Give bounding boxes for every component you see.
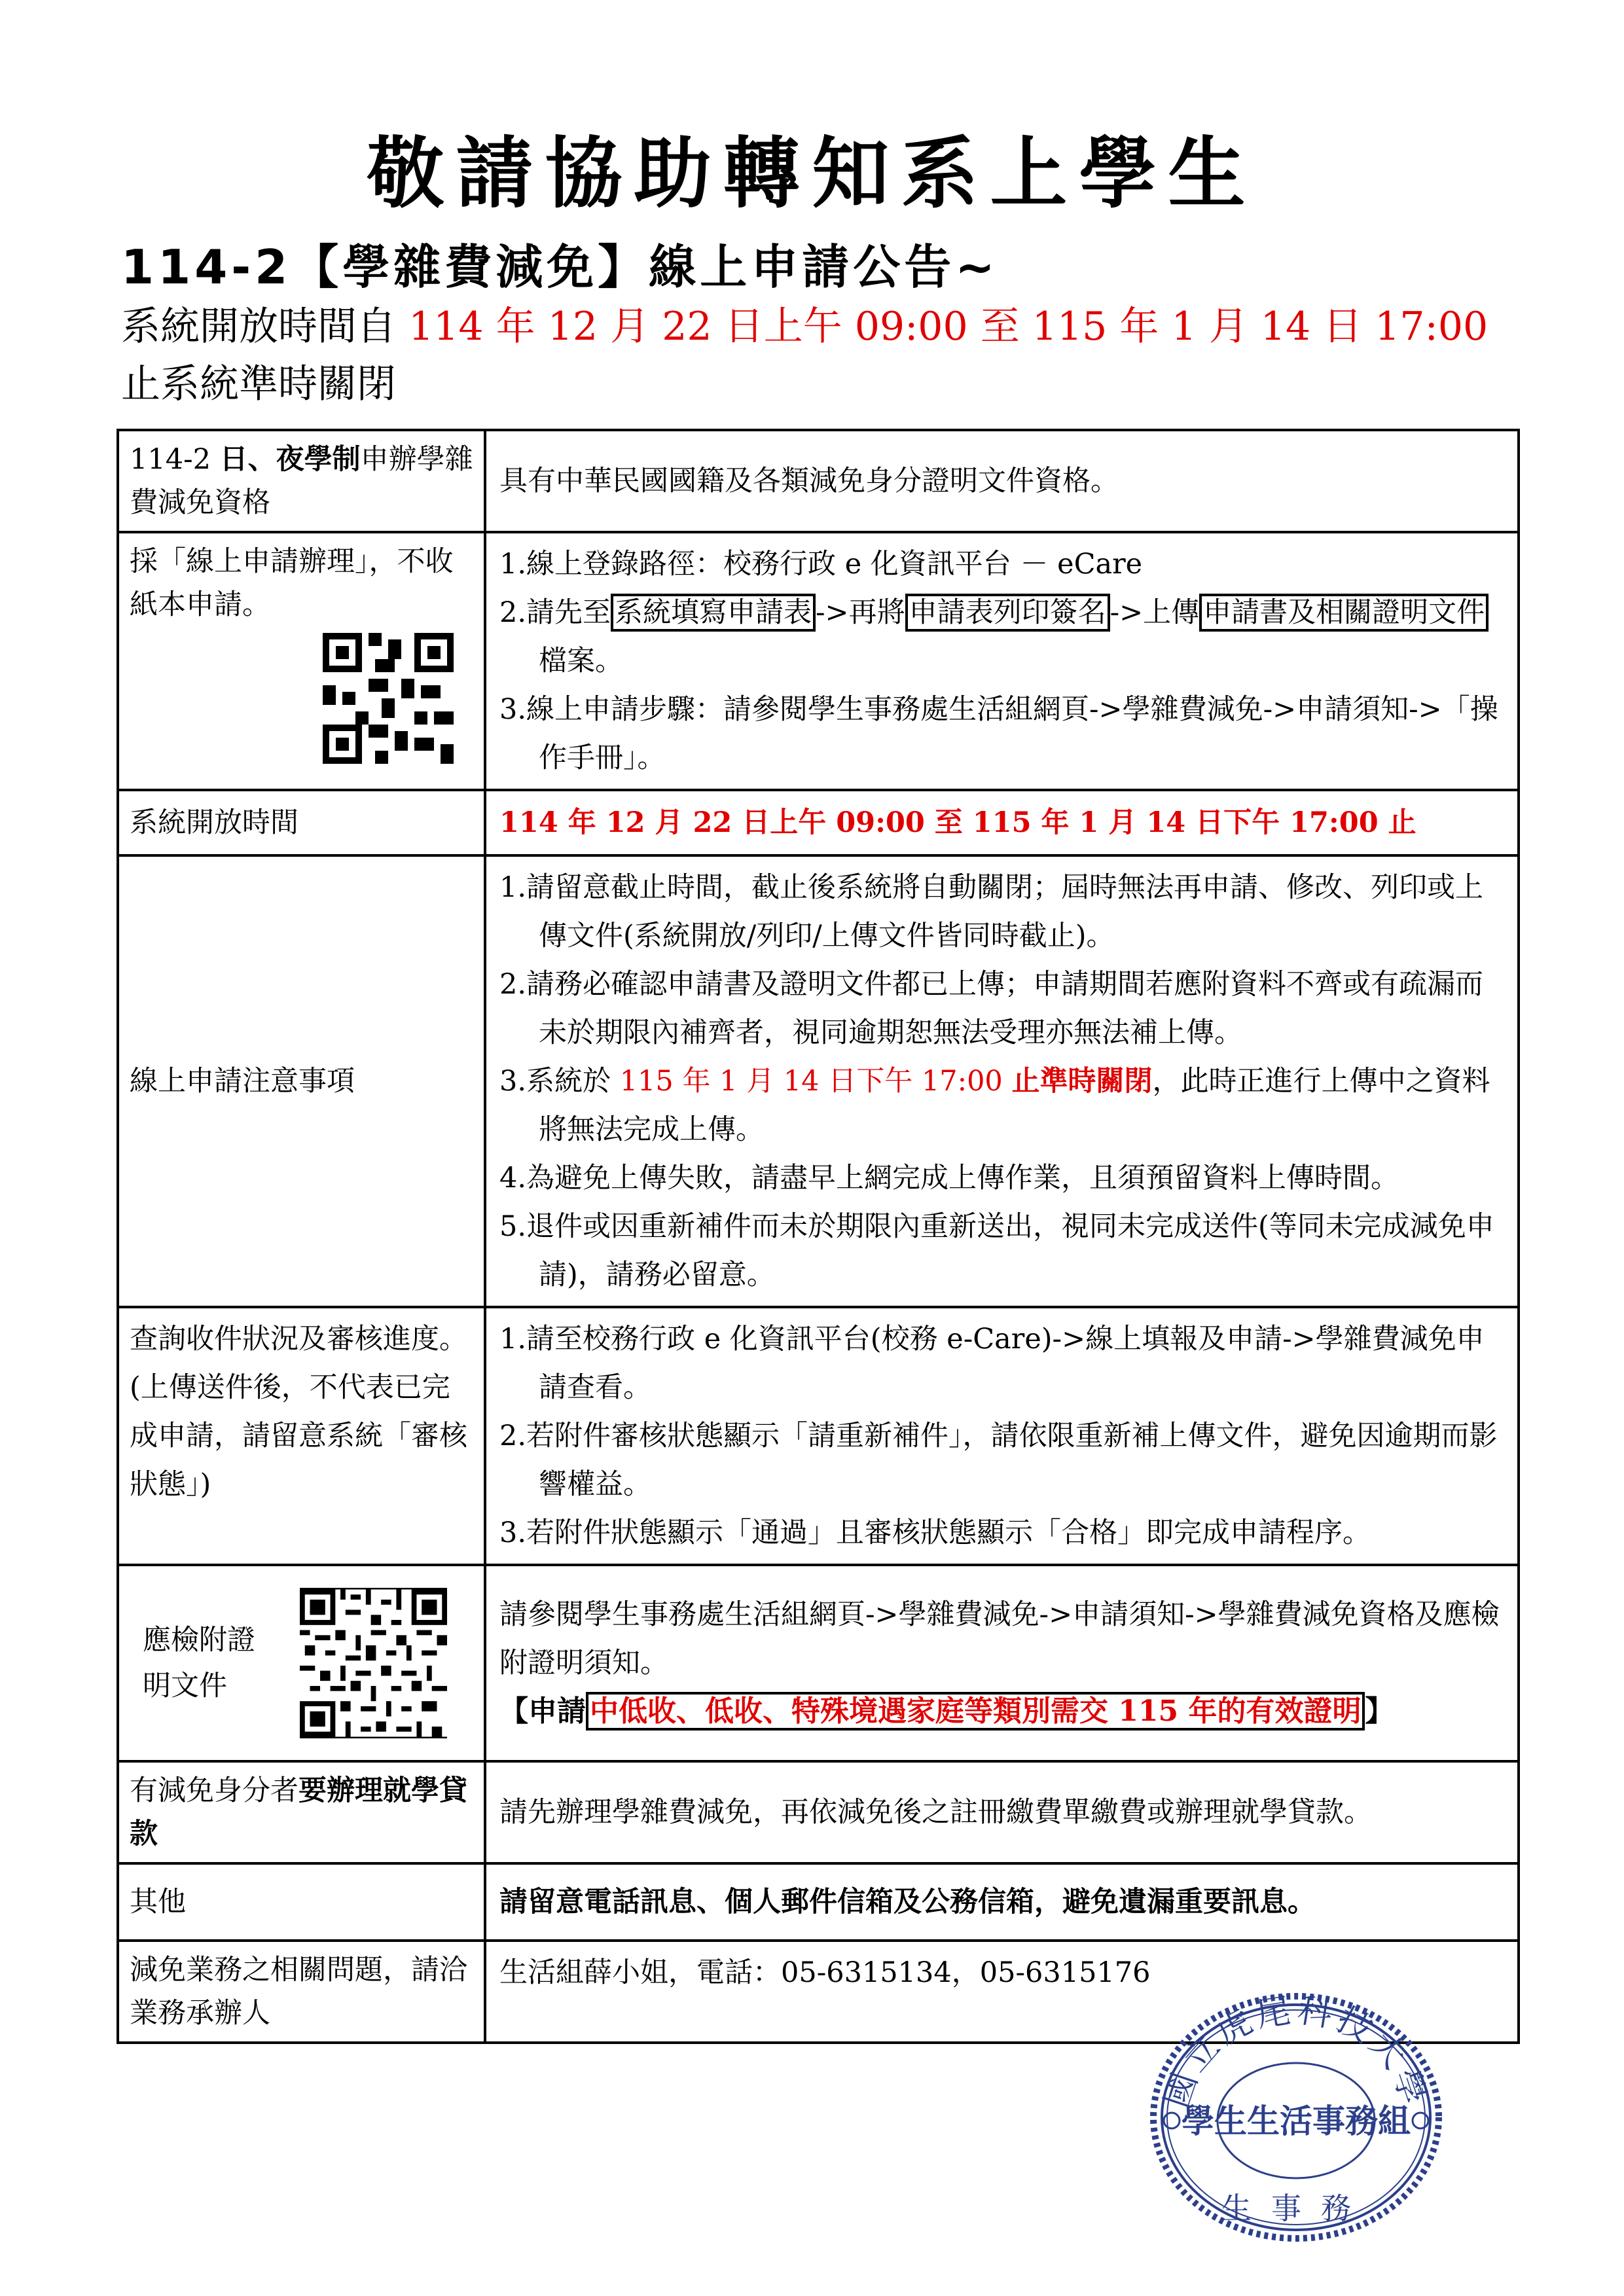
- documents-note: 【申請中低收、低收、特殊境遇家庭等類別需交 115 年的有效證明】: [499, 1687, 1507, 1736]
- list-item: 2.請先至系統填寫申請表->再將申請表列印簽名->上傳申請書及相關證明文件檔案。: [499, 588, 1507, 685]
- table-row-open-time: 系統開放時間 114 年 12 月 22 日上午 09:00 至 115 年 1…: [118, 790, 1519, 855]
- row-value: 1.請至校務行政 e 化資訊平台(校務 e-Care)->線上填報及申請->學雜…: [485, 1307, 1519, 1565]
- label-bold-text: 日、夜學制: [220, 443, 361, 476]
- deadline-bold-text: 止準時關閉: [1011, 1065, 1152, 1098]
- row-label: 減免業務之相關問題，請洽業務承辦人: [118, 1941, 485, 2043]
- table-row-documents: 應檢附證明文件: [118, 1565, 1519, 1761]
- row-label: 應檢附證明文件: [118, 1565, 485, 1761]
- table-row-student-loan: 有減免身分者要辦理就學貸款 請先辦理學雜費減免，再依減免後之註冊繳費單繳費或辦理…: [118, 1761, 1519, 1863]
- label-text: 114-2: [130, 443, 220, 476]
- text: 3.系統於: [499, 1065, 620, 1098]
- row-label: 查詢收件狀況及審核進度。 (上傳送件後，不代表已完成申請，請留意系統「審核狀態」…: [118, 1307, 485, 1565]
- row-value: 請留意電話訊息、個人郵件信箱及公務信箱，避免遺漏重要訊息。: [485, 1863, 1519, 1941]
- qr-code-icon[interactable]: [300, 1588, 447, 1738]
- documents-instruction: 請參閱學生事務處生活組網頁->學雜費減免->申請須知->學雜費減免資格及應檢附證…: [499, 1590, 1507, 1687]
- info-table: 114-2 日、夜學制申辦學雜費減免資格 具有中華民國國籍及各類減免身分證明文件…: [117, 429, 1520, 2044]
- row-label: 其他: [118, 1863, 485, 1941]
- list-item: 3.系統於 115 年 1 月 14 日下午 17:00 止準時關閉，此時正進行…: [499, 1057, 1507, 1154]
- boxed-term: 系統填寫申請表: [611, 594, 816, 632]
- bracket-close: 】: [1365, 1695, 1394, 1728]
- text: 檔案。: [539, 645, 623, 677]
- list-item: 2.若附件審核狀態顯示「請重新補件」，請依限重新補上傳文件，避免因逾期而影響權益…: [499, 1412, 1507, 1509]
- table-row-other: 其他 請留意電話訊息、個人郵件信箱及公務信箱，避免遺漏重要訊息。: [118, 1863, 1519, 1941]
- list-item: 5.退件或因重新補件而未於期限內重新送出，視同未完成送件(等同未完成減免申請)，…: [499, 1202, 1507, 1299]
- row-label: 採「線上申請辦理」，不收紙本申請。: [118, 532, 485, 790]
- open-period-line: 系統開放時間自 114 年 12 月 22 日上午 09:00 至 115 年 …: [121, 298, 1528, 413]
- qr-code-icon[interactable]: [323, 633, 454, 764]
- label-text: 有減免身分者: [130, 1774, 298, 1807]
- official-seal-stamp: 國立虎尾科技大學 學生生活事務組 生事務: [1142, 1983, 1450, 2245]
- list-item: 2.請務必確認申請書及證明文件都已上傳；申請期間若應附資料不齊或有疏漏而未於期限…: [499, 960, 1507, 1057]
- row-label: 114-2 日、夜學制申辦學雜費減免資格: [118, 430, 485, 532]
- open-period-prefix: 系統開放時間自: [121, 304, 408, 350]
- svg-text:生事務: 生事務: [1221, 2191, 1371, 2226]
- open-period-suffix: 止系統準時關閉: [121, 361, 396, 407]
- row-value: 請參閱學生事務處生活組網頁->學雜費減免->申請須知->學雜費減免資格及應檢附證…: [485, 1565, 1519, 1761]
- page-title: 敬請協助轉知系上學生: [0, 111, 1624, 223]
- announcement-subtitle: 114-2【學雜費減免】線上申請公告~: [121, 229, 999, 297]
- open-period-range: 114 年 12 月 22 日上午 09:00 至 115 年 1 月 14 日…: [408, 304, 1488, 350]
- text: ->再將: [816, 596, 905, 629]
- row-value: 請先辦理學雜費減免，再依減免後之註冊繳費單繳費或辦理就學貸款。: [485, 1761, 1519, 1863]
- list-item: 4.為避免上傳失敗，請盡早上網完成上傳作業，且須預留資料上傳時間。: [499, 1154, 1507, 1202]
- list-item: 1.請留意截止時間，截止後系統將自動關閉；屆時無法再申請、修改、列印或上傳文件(…: [499, 863, 1507, 960]
- table-row-online-application: 採「線上申請辦理」，不收紙本申請。 1.線上登錄路徑：校務行政 e 化資訊平台 …: [118, 532, 1519, 790]
- table-row-eligibility: 114-2 日、夜學制申辦學雜費減免資格 具有中華民國國籍及各類減免身分證明文件…: [118, 430, 1519, 532]
- deadline-text: 115 年 1 月 14 日下午 17:00: [620, 1065, 1012, 1098]
- svg-text:國立虎尾科技大學: 國立虎尾科技大學: [1157, 1990, 1434, 2113]
- label-text: 查詢收件狀況及審核進度。: [130, 1315, 473, 1363]
- list-item: 3.線上申請步驟：請參閱學生事務處生活組網頁->學雜費減免->申請須知->「操作…: [499, 685, 1507, 782]
- label-note: (上傳送件後，不代表已完成申請，請留意系統「審核狀態」): [130, 1363, 473, 1509]
- table-row-notes: 線上申請注意事項 1.請留意截止時間，截止後系統將自動關閉；屆時無法再申請、修改…: [118, 855, 1519, 1307]
- list-item: 3.若附件狀態顯示「通過」且審核狀態顯示「合格」即完成申請程序。: [499, 1509, 1507, 1557]
- label-text: 應檢附證明文件: [130, 1617, 274, 1709]
- boxed-term: 申請表列印簽名: [905, 594, 1110, 632]
- row-value: 具有中華民國國籍及各類減免身分證明文件資格。: [485, 430, 1519, 532]
- bracket-open: 【申請: [499, 1695, 586, 1728]
- row-value: 1.線上登錄路徑：校務行政 e 化資訊平台 － eCare 2.請先至系統填寫申…: [485, 532, 1519, 790]
- row-label: 線上申請注意事項: [118, 855, 485, 1307]
- required-proof-note: 中低收、低收、特殊境遇家庭等類別需交 115 年的有效證明: [586, 1692, 1365, 1731]
- list-item: 1.線上登錄路徑：校務行政 e 化資訊平台 － eCare: [499, 540, 1507, 588]
- text: ->上傳: [1110, 596, 1200, 629]
- label-text: 採「線上申請辦理」，不收紙本申請。: [130, 540, 473, 626]
- text: 2.請先至: [499, 596, 611, 629]
- svg-text:學生生活事務組: 學生生活事務組: [1182, 2102, 1411, 2140]
- table-row-status-query: 查詢收件狀況及審核進度。 (上傳送件後，不代表已完成申請，請留意系統「審核狀態」…: [118, 1307, 1519, 1565]
- list-item: 1.請至校務行政 e 化資訊平台(校務 e-Care)->線上填報及申請->學雜…: [499, 1315, 1507, 1412]
- row-label: 系統開放時間: [118, 790, 485, 855]
- row-value: 114 年 12 月 22 日上午 09:00 至 115 年 1 月 14 日…: [485, 790, 1519, 855]
- row-value: 1.請留意截止時間，截止後系統將自動關閉；屆時無法再申請、修改、列印或上傳文件(…: [485, 855, 1519, 1307]
- row-label: 有減免身分者要辦理就學貸款: [118, 1761, 485, 1863]
- boxed-term: 申請書及相關證明文件: [1199, 594, 1489, 632]
